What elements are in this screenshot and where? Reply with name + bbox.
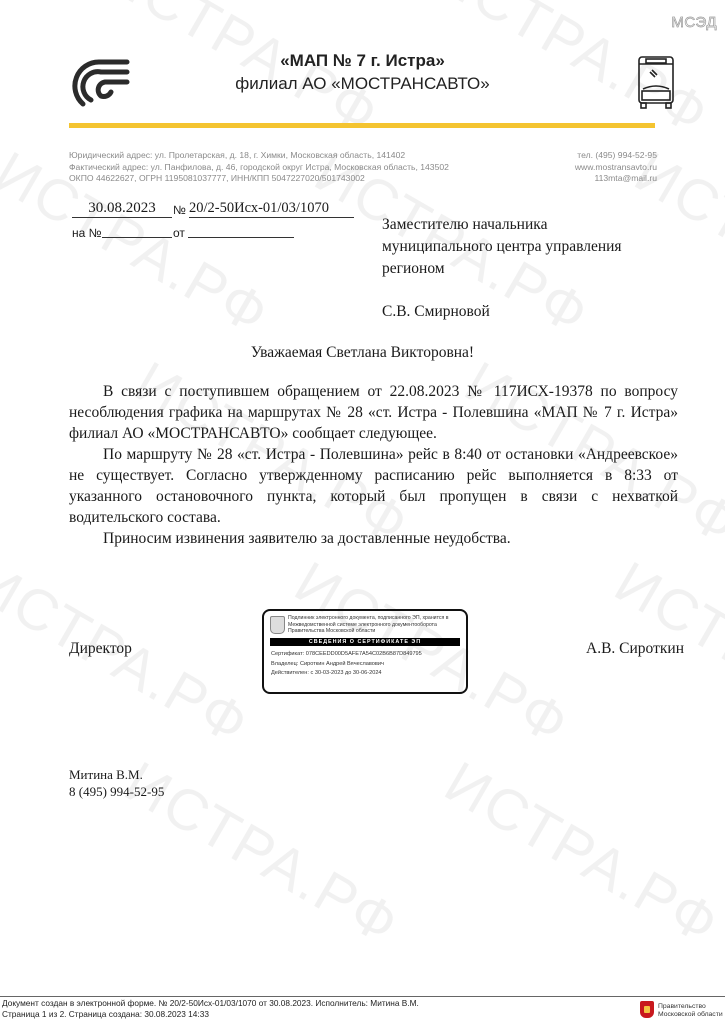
reference-number-label: на №	[72, 226, 102, 240]
actual-address: Фактический адрес: ул. Панфилова, д. 46,…	[69, 162, 489, 174]
addressee-name: С.В. Смирновой	[382, 303, 490, 321]
outgoing-number: 20/2-50Исх-01/03/1070	[189, 200, 354, 218]
certificate-validity: Действителен: с 30-03-2023 до 30-06-2024	[271, 669, 463, 679]
footer-divider	[0, 996, 725, 997]
stamp-note: Подлинник электронного документа, подпис…	[288, 615, 466, 635]
website: www.mostransavto.ru	[457, 162, 657, 174]
bus-icon	[637, 55, 675, 111]
body-paragraph: Приносим извинения заявителю за доставле…	[69, 528, 678, 549]
letter-body: В связи с поступившем обращением от 22.0…	[69, 381, 678, 549]
certificate-owner: Владелец: Сироткин Андрей Вячеславович	[271, 660, 463, 670]
accent-bar	[69, 123, 655, 128]
number-label: №	[173, 203, 186, 217]
body-paragraph: В связи с поступившем обращением от 22.0…	[69, 381, 678, 444]
moscow-region-emblem-icon	[640, 1001, 654, 1018]
government-label: Правительство Московской области	[658, 1003, 723, 1019]
footer-document-info: Документ создан в электронной форме. № 2…	[2, 998, 419, 1009]
outgoing-date: 30.08.2023	[72, 200, 172, 218]
government-label-line: Московской области	[658, 1011, 723, 1019]
legal-address: Юридический адрес: ул. Пролетарская, д. …	[69, 150, 489, 162]
executor-phone: 8 (495) 994-52-95	[69, 783, 164, 800]
executor-name: Митина В.М.	[69, 766, 164, 783]
requisites: ОКПО 44622627, ОГРН 1195081037777, ИНН/К…	[69, 173, 489, 185]
phone: тел. (495) 994-52-95	[457, 150, 657, 162]
addressee-line: регионом	[382, 258, 682, 280]
footer-page-info: Страница 1 из 2. Страница создана: 30.08…	[2, 1009, 419, 1020]
executor-info: Митина В.М. 8 (495) 994-52-95	[69, 766, 164, 800]
salutation: Уважаемая Светлана Викторовна!	[0, 344, 725, 362]
certificate-number: Сертификат: 078CEEDD00D5AFE7A54C02B6B87D…	[271, 650, 463, 660]
footer-info: Документ создан в электронной форме. № 2…	[2, 998, 419, 1020]
company-subtitle: филиал АО «МОСТРАНСАВТО»	[0, 74, 725, 94]
addressee-position: Заместителю начальника муниципального це…	[382, 214, 682, 280]
reference-date-blank	[188, 237, 294, 238]
certificate-details: Сертификат: 078CEEDD00D5AFE7A54C02B6B87D…	[271, 650, 463, 679]
email: 113mta@mail.ru	[457, 173, 657, 185]
stamp-header: СВЕДЕНИЯ О СЕРТИФИКАТЕ ЭП	[270, 638, 460, 646]
reference-date-label: от	[173, 226, 185, 240]
addressee-line: муниципального центра управления	[382, 236, 682, 258]
company-title: «МАП № 7 г. Истра»	[0, 51, 725, 71]
body-paragraph: По маршруту № 28 «ст. Истра - Полевшина»…	[69, 444, 678, 528]
watermark: ИСТРА.РФ	[434, 748, 725, 958]
system-label: МСЭД	[671, 14, 717, 31]
signatory-name: А.В. Сироткин	[586, 640, 684, 658]
company-addresses: Юридический адрес: ул. Пролетарская, д. …	[69, 150, 489, 185]
addressee-line: Заместителю начальника	[382, 214, 682, 236]
coat-of-arms-icon	[270, 616, 285, 634]
government-label-line: Правительство	[658, 1003, 723, 1011]
reference-number-blank	[102, 237, 172, 238]
e-signature-stamp: Подлинник электронного документа, подпис…	[262, 609, 468, 694]
company-contacts: тел. (495) 994-52-95 www.mostransavto.ru…	[457, 150, 657, 185]
signatory-role: Директор	[69, 640, 132, 658]
